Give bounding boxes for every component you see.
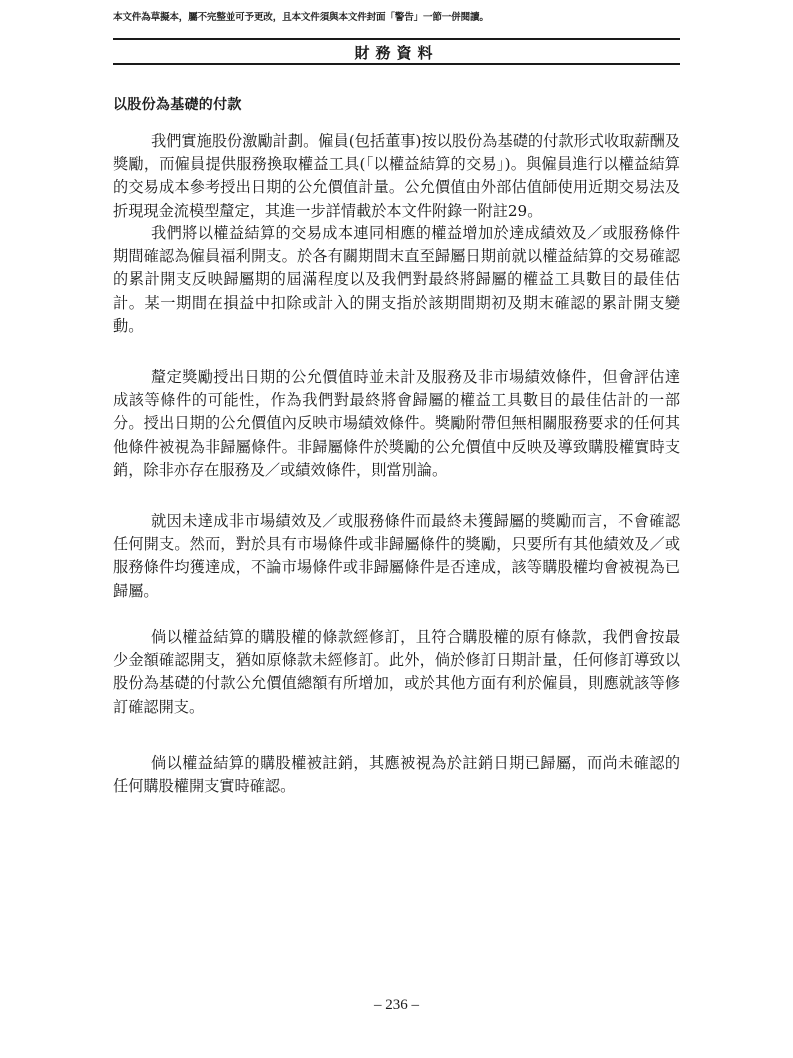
draft-disclaimer: 本文件為草擬本，屬不完整並可予更改，且本文件須與本文件封面「警告」一節一併閱讀。 xyxy=(113,9,680,23)
header-rule-top xyxy=(113,38,680,40)
paragraph-1: 我們實施股份激勵計劃。僱員(包括董事)按以股份為基礎的付款形式收取薪酬及獎勵，而… xyxy=(113,130,680,223)
page-number: – 236 – xyxy=(113,997,680,1014)
paragraph-6: 倘以權益結算的購股權被註銷，其應被視為於註銷日期已歸屬，而尚未確認的任何購股權開… xyxy=(113,752,680,798)
paragraph-3: 釐定獎勵授出日期的公允價值時並未計及服務及非市場績效條件，但會評估達成該等條件的… xyxy=(113,366,680,482)
paragraph-4: 就因未達成非市場績效及／或服務條件而最終未獲歸屬的獎勵而言，不會確認任何開支。然… xyxy=(113,510,680,603)
paragraph-5: 倘以權益結算的購股權的條款經修訂，且符合購股權的原有條款，我們會按最少金額確認開… xyxy=(113,626,680,719)
subsection-heading: 以股份為基礎的付款 xyxy=(113,94,242,114)
header-rule-bottom xyxy=(113,63,680,65)
section-title: 財務資料 xyxy=(113,42,680,63)
paragraph-2: 我們將以權益結算的交易成本連同相應的權益增加於達成績效及／或服務條件期間確認為僱… xyxy=(113,222,680,338)
